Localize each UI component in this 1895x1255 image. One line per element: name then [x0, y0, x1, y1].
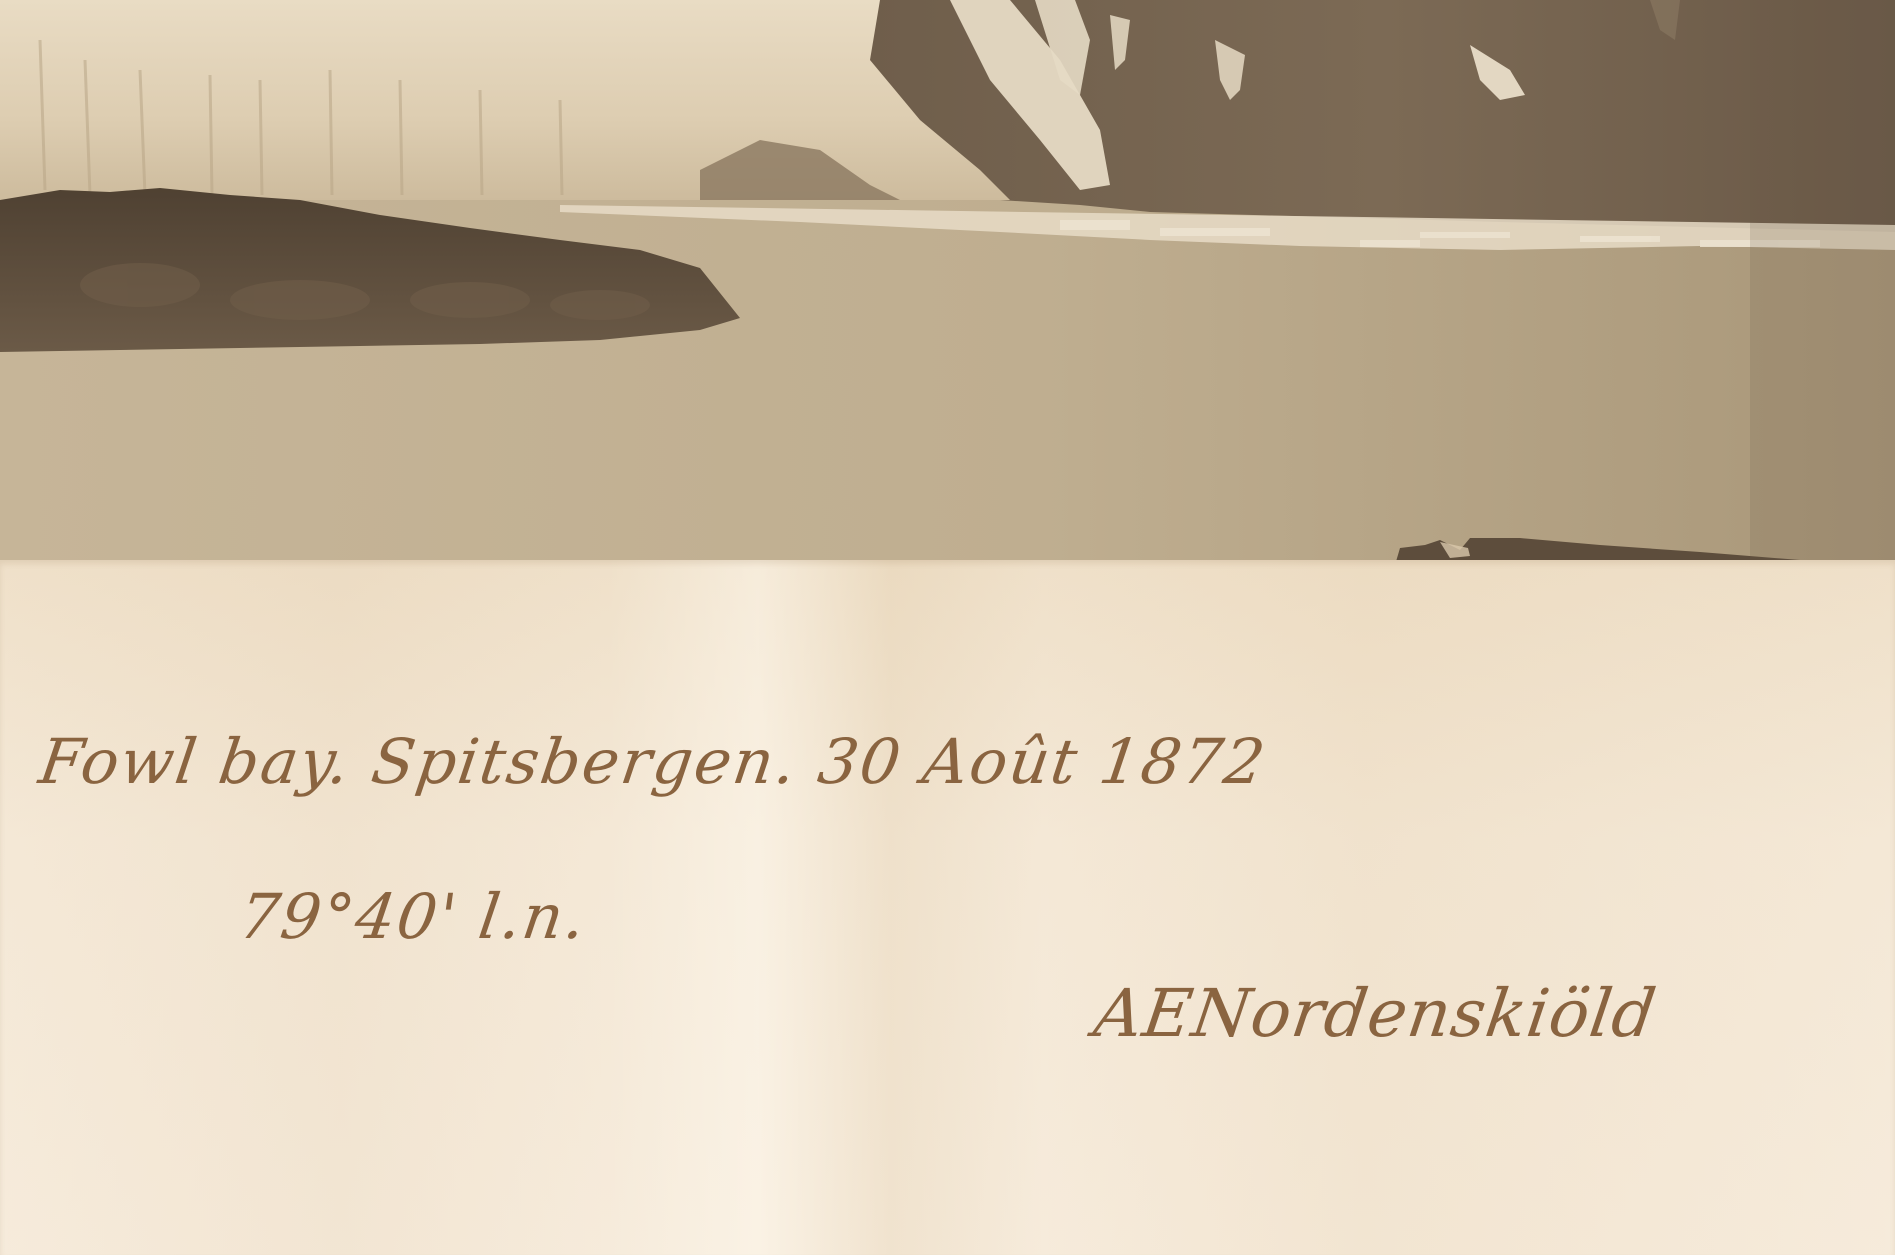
inscription-location-date: Fowl bay. Spitsbergen. 30 Août 1872 — [35, 725, 1271, 798]
photo-scene — [0, 0, 1895, 566]
albumen-photograph — [0, 0, 1895, 566]
signature: AENordenskiöld — [1090, 975, 1662, 1052]
glacier — [0, 0, 1010, 200]
inscription-latitude: 79°40' l.n. — [235, 880, 592, 953]
